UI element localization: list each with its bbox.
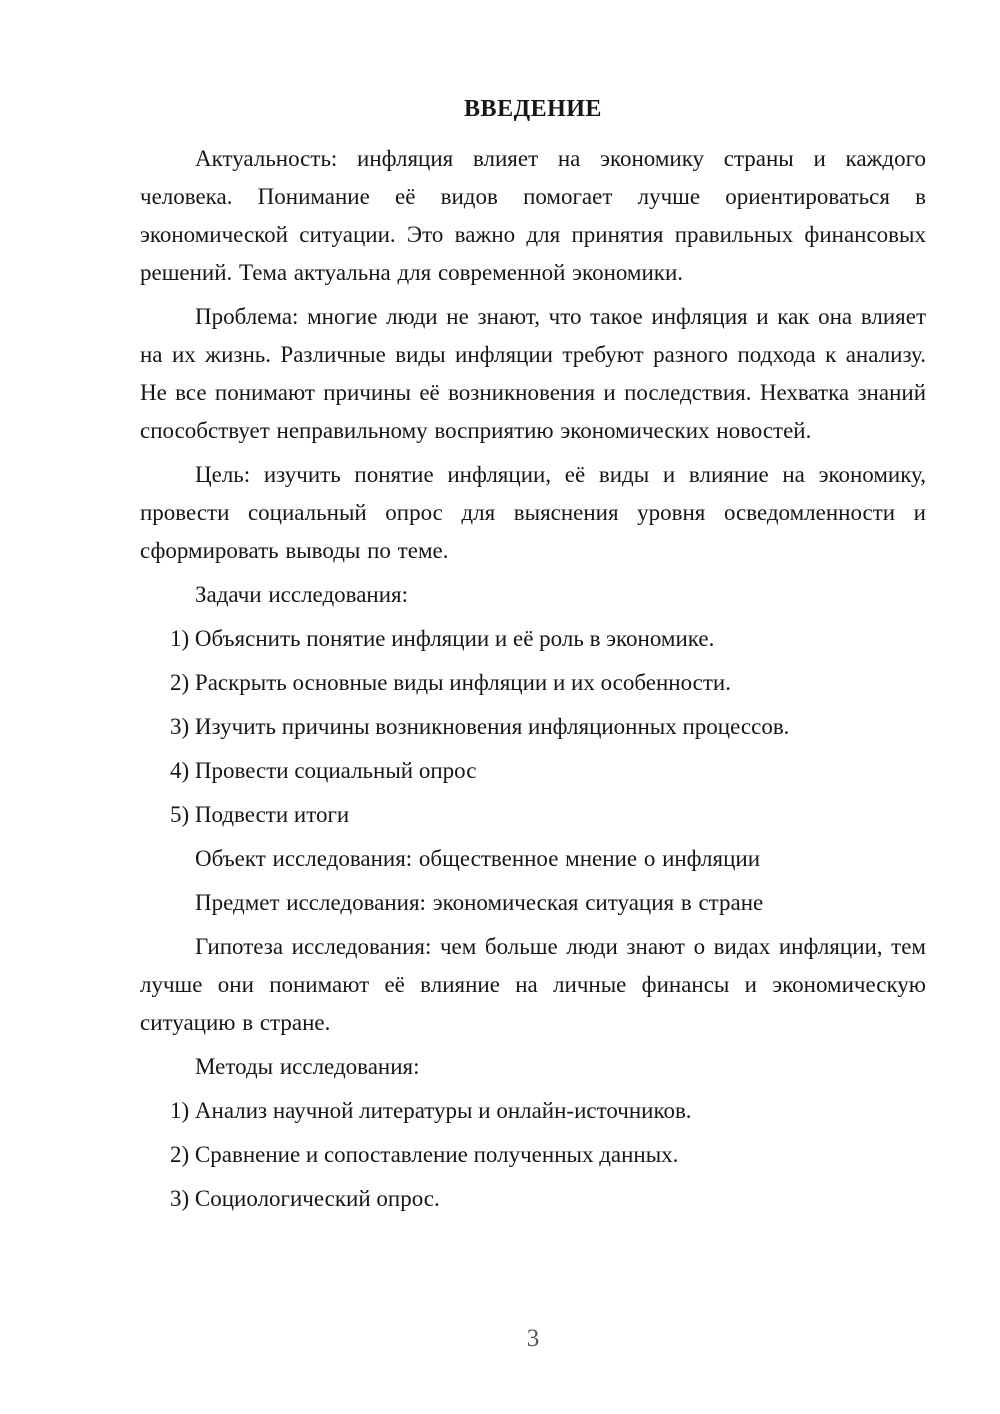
paragraph-hypothesis: Гипотеза исследования: чем больше люди з… xyxy=(140,928,926,1042)
method-item-1: 1) Анализ научной литературы и онлайн-ис… xyxy=(140,1092,926,1130)
task-item-2: 2) Раскрыть основные виды инфляции и их … xyxy=(140,664,926,702)
paragraph-relevance: Актуальность: инфляция влияет на экономи… xyxy=(140,140,926,292)
task-item-3: 3) Изучить причины возникновения инфляци… xyxy=(140,708,926,746)
method-item-2: 2) Сравнение и сопоставление полученных … xyxy=(140,1136,926,1174)
task-item-4: 4) Провести социальный опрос xyxy=(140,752,926,790)
method-item-3: 3) Социологический опрос. xyxy=(140,1180,926,1218)
paragraph-research-object: Объект исследования: общественное мнение… xyxy=(140,840,926,878)
document-page: ВВЕДЕНИЕ Актуальность: инфляция влияет н… xyxy=(0,0,1000,1414)
tasks-label: Задачи исследования: xyxy=(140,576,926,614)
task-item-5: 5) Подвести итоги xyxy=(140,796,926,834)
task-item-1: 1) Объяснить понятие инфляции и её роль … xyxy=(140,620,926,658)
paragraph-research-subject: Предмет исследования: экономическая ситу… xyxy=(140,884,926,922)
paragraph-goal: Цель: изучить понятие инфляции, её виды … xyxy=(140,456,926,570)
page-number: 3 xyxy=(140,1320,926,1358)
page-content: ВВЕДЕНИЕ Актуальность: инфляция влияет н… xyxy=(140,94,926,1224)
page-title: ВВЕДЕНИЕ xyxy=(140,94,926,124)
methods-label: Методы исследования: xyxy=(140,1048,926,1086)
paragraph-problem: Проблема: многие люди не знают, что тако… xyxy=(140,298,926,450)
